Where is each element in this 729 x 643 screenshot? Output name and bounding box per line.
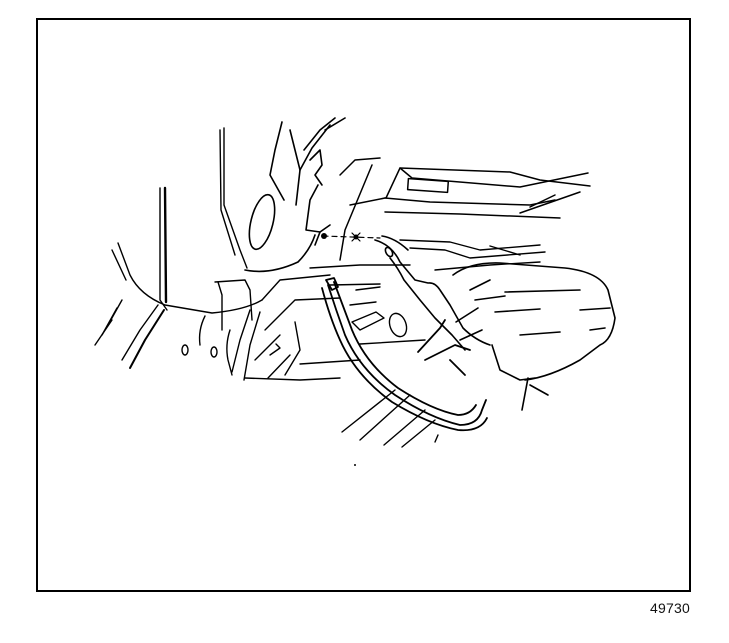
figure-number: 49730: [650, 600, 690, 616]
trim-removal-illustration: [0, 0, 729, 643]
fastener-alignment: [321, 233, 380, 241]
body-pillar: [95, 128, 262, 368]
console-details: [270, 287, 438, 447]
upper-trim-panel: [340, 158, 590, 260]
hand-arm: [375, 236, 535, 380]
seat-cushion: [453, 263, 615, 410]
floor-sill: [182, 275, 340, 380]
speck: [354, 464, 356, 466]
pillar-trim: [245, 118, 345, 271]
trim-tool: [322, 278, 487, 430]
door-sill-lines: [310, 240, 545, 285]
